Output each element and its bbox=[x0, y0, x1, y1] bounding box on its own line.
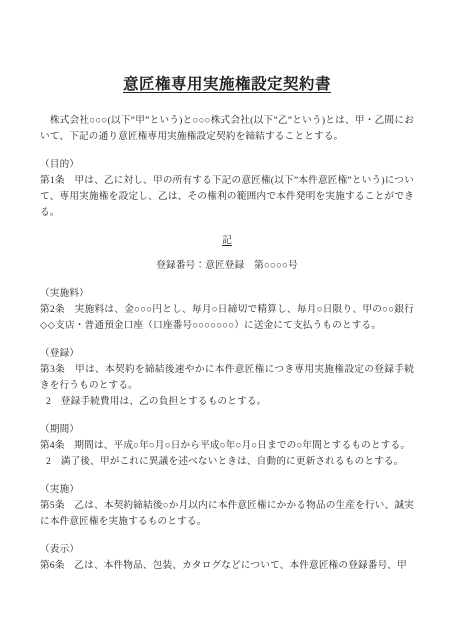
section-indication: （表示） 第6条 乙は、本件物品、包装、カタログなどについて、本件意匠権の登録番… bbox=[40, 542, 414, 574]
section-heading-implementation: （実施） bbox=[40, 482, 414, 498]
preamble-paragraph: 株式会社○○○(以下”甲”という)と○○○株式会社(以下”乙”という)とは、甲・… bbox=[40, 113, 414, 145]
section-purpose: （目的） 第1条 甲は、乙に対し、甲の所有する下記の意匠権(以下”本件意匠権”と… bbox=[40, 157, 414, 221]
section-heading-indication: （表示） bbox=[40, 542, 414, 558]
clause-4-subclause-2: 2 満了後、甲がこれに異議を述べないときは、自動的に更新されるものとする。 bbox=[40, 454, 414, 470]
section-heading-royalty: （実施料） bbox=[40, 286, 414, 302]
document-title: 意匠権専用実施権設定契約書 bbox=[40, 74, 414, 96]
clause-1-text: 第1条 甲は、乙に対し、甲の所有する下記の意匠権(以下”本件意匠権”という)につ… bbox=[40, 173, 414, 221]
section-heading-purpose: （目的） bbox=[40, 157, 414, 173]
clause-4-text: 第4条 期間は、平成○年○月○日から平成○年○月○日までの○年間とするものとする… bbox=[40, 438, 414, 454]
registration-number: 登録番号：意匠登録 第○○○○号 bbox=[40, 258, 414, 274]
section-heading-term: （期間） bbox=[40, 422, 414, 438]
section-implementation: （実施） 第5条 乙は、本契約締結後○か月以内に本件意匠権にかかる物品の生産を行… bbox=[40, 482, 414, 530]
contract-page: 意匠権専用実施権設定契約書 株式会社○○○(以下”甲”という)と○○○株式会社(… bbox=[0, 0, 450, 636]
section-royalty: （実施料） 第2条 実施料は、金○○○円とし、毎月○日締切で精算し、毎月○日限り… bbox=[40, 286, 414, 334]
section-registration: （登録） 第3条 甲は、本契約を締結後速やかに本件意匠権につき専用実施権設定の登… bbox=[40, 346, 414, 410]
section-heading-registration: （登録） bbox=[40, 346, 414, 362]
clause-5-text: 第5条 乙は、本契約締結後○か月以内に本件意匠権にかかる物品の生産を行い、誠実に… bbox=[40, 498, 414, 530]
clause-2-text: 第2条 実施料は、金○○○円とし、毎月○日締切で精算し、毎月○日限り、甲の○○銀… bbox=[40, 302, 414, 334]
section-term: （期間） 第4条 期間は、平成○年○月○日から平成○年○月○日までの○年間とする… bbox=[40, 422, 414, 470]
clause-6-text: 第6条 乙は、本件物品、包装、カタログなどについて、本件意匠権の登録番号、甲 bbox=[40, 558, 414, 574]
notice-label: 記 bbox=[40, 233, 414, 249]
clause-3-text: 第3条 甲は、本契約を締結後速やかに本件意匠権につき専用実施権設定の登録手続きを… bbox=[40, 362, 414, 394]
clause-3-subclause-2: 2 登録手続費用は、乙の負担とするものとする。 bbox=[40, 394, 414, 410]
